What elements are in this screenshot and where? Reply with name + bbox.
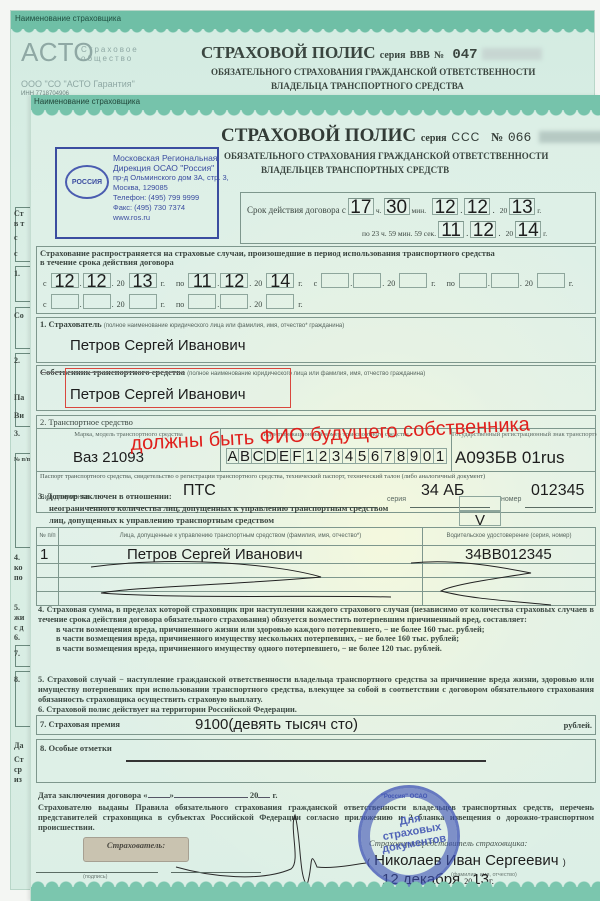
vehicle-registration-plate: А093БВ 01rus: [455, 448, 564, 468]
clause-4: 4. Страховая сумма, в пределах которой с…: [38, 605, 594, 654]
clause-5: 5. Страховой случай − наступление гражда…: [38, 675, 594, 704]
premium-value: 9100(девять тысяч сто): [195, 716, 358, 733]
rossiya-emblem-icon: РОССИЯ: [65, 165, 109, 199]
vehicle-doc-number: 012345: [531, 482, 584, 500]
asto-logo: АСТО Страховое общество ООО "СО "АСТО Га…: [21, 37, 171, 97]
back-insurer-label: Наименование страховщика: [15, 14, 121, 23]
vehicle-vin: ABCDEF12345678901: [226, 448, 447, 464]
premium-section: 7. Страховая премия 9100(девять тысяч ст…: [36, 715, 596, 735]
blurred-number: [482, 48, 542, 60]
term-start-year: 13: [509, 198, 535, 215]
blurred-number: [539, 131, 600, 143]
term-end-month: 12: [470, 221, 496, 238]
insurant-name: Петров Сергей Иванович: [70, 337, 246, 354]
term-start-month: 12: [464, 198, 490, 215]
round-seal-stamp: "Россия" ОСАО Для страховых документов: [358, 785, 460, 887]
coverage-period-row: с . .20 г. по . .20 г.: [40, 294, 306, 309]
vehicle-doc-series: 34 АБ: [421, 482, 464, 500]
insurance-policy-document: Наименование страховщика СТРАХОВОЙ ПОЛИС…: [30, 95, 600, 901]
highlight-frame: [65, 368, 291, 408]
unlimited-checkbox[interactable]: [459, 496, 501, 511]
policy-title: СТРАХОВОЙ ПОЛИС серия ССС № 066: [221, 125, 600, 147]
insurant-section: 1. Страхователь (полное наименование юри…: [36, 317, 596, 363]
policy-number: 066: [508, 130, 531, 145]
contract-term-box: Срок действия договора с 17 ч. 30 мин. 1…: [240, 192, 596, 244]
vehicle-doc-type: ПТС: [183, 482, 216, 500]
special-notes-section: 8. Особые отметки: [36, 739, 596, 783]
back-policy-title: СТРАХОВОЙ ПОЛИС серия ВВВ № 047: [201, 43, 542, 63]
insurer-signature: [171, 807, 371, 887]
policy-subtitle-1: ОБЯЗАТЕЛЬНОГО СТРАХОВАНИЯ ГРАЖДАНСКОЙ ОТ…: [224, 151, 548, 161]
term-start-day: 12: [432, 198, 458, 215]
term-hour: 17: [348, 198, 374, 215]
insurer-stamp: РОССИЯ Московская Региональная Дирекция …: [55, 147, 219, 239]
coverage-period-row: с 12. 12.20 13г. по 11. 12.20 14г. с . .…: [40, 273, 576, 288]
contract-date: Дата заключения договора «» 20 г.: [38, 790, 278, 800]
back-subtitle-1: ОБЯЗАТЕЛЬНОГО СТРАХОВАНИЯ ГРАЖДАНСКОЙ ОТ…: [211, 67, 535, 77]
strike-line: [126, 760, 486, 762]
limited-checkbox[interactable]: V: [459, 511, 501, 526]
footer-band: [31, 887, 600, 901]
coverage-periods-box: Страхование распространяется на страховы…: [36, 246, 596, 314]
back-subtitle-2: ВЛАДЕЛЬЦА ТРАНСПОРТНОГО СРЕДСТВА: [271, 81, 464, 91]
insurer-label: Наименование страховщика: [34, 97, 140, 106]
term-minute: 30: [384, 198, 410, 215]
policy-series: ССС: [451, 130, 480, 144]
term-end-day: 11: [438, 221, 464, 238]
policy-subtitle-2: ВЛАДЕЛЬЦЕВ ТРАНСПОРТНЫХ СРЕДСТВ: [261, 165, 449, 175]
clause-6: 6. Страховой полис действует на территор…: [38, 705, 594, 715]
term-end-year: 14: [515, 221, 541, 238]
